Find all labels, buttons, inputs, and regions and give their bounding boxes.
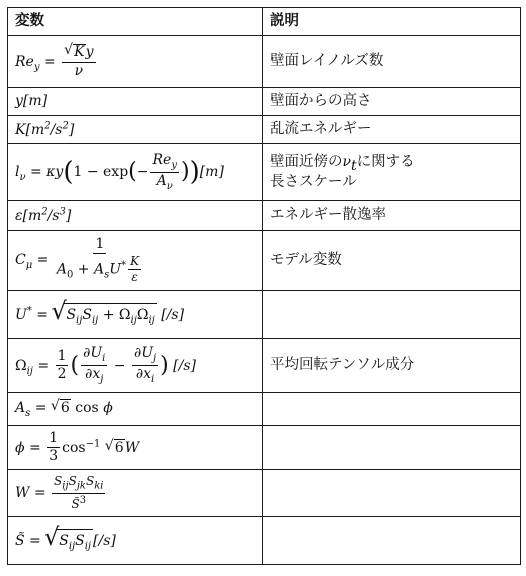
description-cell: 壁面近傍のνtに関する 長さスケール (263, 144, 521, 201)
description-cell (263, 291, 521, 339)
header-description: 説明 (263, 8, 521, 36)
formula-cell: U* = SijSij + ΩijΩij [/s] (8, 291, 263, 339)
table-row: Cμ = 1 A0 + AsU*Kε モデル変数 (8, 231, 521, 291)
formula-length-scale: lν = κy(1 − exp(− Rey Aν ))[m] (15, 164, 224, 180)
formula-turbulent-energy: K[m2/s2] (15, 122, 74, 138)
formula-cell: As = 6 cos ϕ (8, 393, 263, 426)
page: 変数 説明 Rey = Ky ν 壁面レイノルズ数 y[m] (7, 7, 521, 565)
header-variable: 変数 (8, 8, 263, 36)
formula-cell: S̃ = SijSij[/s] (8, 517, 263, 565)
formula-w: W = SijSjkSki S̃3 (15, 485, 107, 501)
description-cell (263, 517, 521, 565)
variable-table: 変数 説明 Rey = Ky ν 壁面レイノルズ数 y[m] (7, 7, 521, 565)
table-row: Ωij = 12( ∂Ui ∂xj − ∂Uj ∂xi ) [/s] 平均回転テ… (8, 339, 521, 393)
formula-cell: Rey = Ky ν (8, 36, 263, 88)
formula-cell: K[m2/s2] (8, 116, 263, 144)
formula-u-star: U* = SijSij + ΩijΩij [/s] (15, 307, 184, 323)
formula-cell: Cμ = 1 A0 + AsU*Kε (8, 231, 263, 291)
formula-model-coefficient: Cμ = 1 A0 + AsU*Kε (15, 252, 147, 268)
table-row: y[m] 壁面からの高さ (8, 88, 521, 116)
description-cell: 平均回転テンソル成分 (263, 339, 521, 393)
table-row: Rey = Ky ν 壁面レイノルズ数 (8, 36, 521, 88)
formula-as: As = 6 cos ϕ (15, 400, 113, 416)
description-cell: 壁面からの高さ (263, 88, 521, 116)
table-row: lν = κy(1 − exp(− Rey Aν ))[m] 壁面近傍のνtに関… (8, 144, 521, 201)
table-row: As = 6 cos ϕ (8, 393, 521, 426)
formula-cell: ε[m2/s3] (8, 201, 263, 231)
formula-wall-reynolds: Rey = Ky ν (15, 54, 98, 70)
formula-rotation-tensor: Ωij = 12( ∂Ui ∂xj − ∂Uj ∂xi ) [/s] (15, 358, 196, 374)
formula-height: y[m] (15, 93, 47, 109)
table-header-row: 変数 説明 (8, 8, 521, 36)
formula-phi: ϕ = 13cos−1 6W (15, 440, 139, 456)
description-cell (263, 470, 521, 517)
table-row: K[m2/s2] 乱流エネルギー (8, 116, 521, 144)
formula-cell: lν = κy(1 − exp(− Rey Aν ))[m] (8, 144, 263, 201)
description-cell: 乱流エネルギー (263, 116, 521, 144)
description-cell (263, 393, 521, 426)
formula-s-tilde: S̃ = SijSij[/s] (15, 533, 116, 549)
formula-cell: W = SijSjkSki S̃3 (8, 470, 263, 517)
formula-dissipation: ε[m2/s3] (15, 208, 71, 224)
description-cell: エネルギー散逸率 (263, 201, 521, 231)
table-row: S̃ = SijSij[/s] (8, 517, 521, 565)
table-row: ϕ = 13cos−1 6W (8, 426, 521, 470)
description-cell (263, 426, 521, 470)
formula-cell: ϕ = 13cos−1 6W (8, 426, 263, 470)
formula-cell: Ωij = 12( ∂Ui ∂xj − ∂Uj ∂xi ) [/s] (8, 339, 263, 393)
description-cell: モデル変数 (263, 231, 521, 291)
description-cell: 壁面レイノルズ数 (263, 36, 521, 88)
table-row: U* = SijSij + ΩijΩij [/s] (8, 291, 521, 339)
table-row: ε[m2/s3] エネルギー散逸率 (8, 201, 521, 231)
formula-cell: y[m] (8, 88, 263, 116)
table-row: W = SijSjkSki S̃3 (8, 470, 521, 517)
